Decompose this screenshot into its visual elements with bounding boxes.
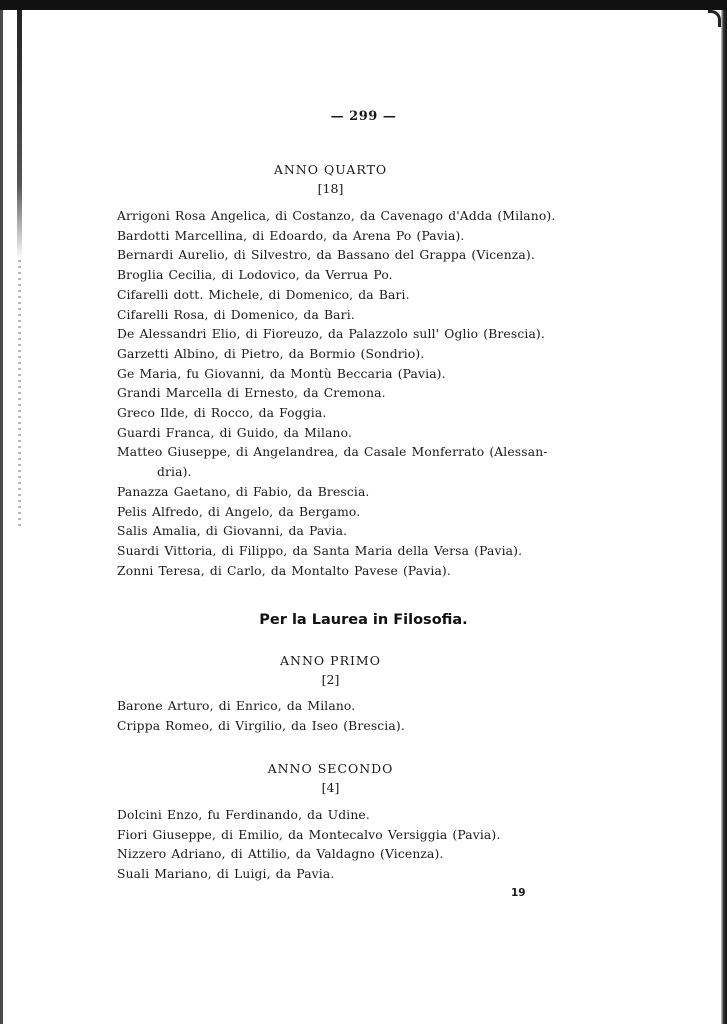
list-item: Pelis Alfredo, di Angelo, da Bergamo. [117, 503, 555, 523]
list-item: Broglia Cecilia, di Lodovico, da Verrua … [117, 266, 555, 286]
section-count-anno-quarto: [18] [0, 181, 661, 196]
list-item: Salis Amalia, di Giovanni, da Pavia. [117, 522, 555, 542]
degree-heading-filosofia: Per la Laurea in Filosofia. [0, 612, 727, 628]
list-item: Panazza Gaetano, di Fabio, da Brescia. [117, 483, 555, 503]
scan-right-edge [721, 10, 727, 1024]
scan-top-border [0, 0, 727, 10]
list-item: Nizzero Adriano, di Attilio, da Valdagno… [117, 845, 500, 865]
entry-text: Matteo Giuseppe, di Angelandrea, da Casa… [117, 445, 548, 459]
student-list-anno-primo: Barone Arturo, di Enrico, da Milano. Cri… [117, 697, 405, 736]
scan-page-corner [708, 10, 721, 27]
list-item: Suardi Vittoria, di Filippo, da Santa Ma… [117, 542, 555, 562]
list-item: Garzetti Albino, di Pietro, da Bormio (S… [117, 345, 555, 365]
list-item: Cifarelli dott. Michele, di Domenico, da… [117, 286, 555, 306]
list-item: Cifarelli Rosa, di Domenico, da Bari. [117, 306, 555, 326]
section-heading-anno-secondo: ANNO SECONDO [0, 761, 661, 776]
list-item: Greco Ilde, di Rocco, da Foggia. [117, 404, 555, 424]
list-item: Matteo Giuseppe, di Angelandrea, da Casa… [117, 443, 555, 482]
list-item: Arrigoni Rosa Angelica, di Costanzo, da … [117, 207, 555, 227]
list-item: Crippa Romeo, di Virgilio, da Iseo (Bres… [117, 717, 405, 737]
student-list-anno-quarto: Arrigoni Rosa Angelica, di Costanzo, da … [117, 207, 555, 581]
list-item: Ge Maria, fu Giovanni, da Montù Beccaria… [117, 365, 555, 385]
list-item: Fiori Giuseppe, di Emilio, da Montecalvo… [117, 826, 500, 846]
scan-binding-speckle [18, 260, 21, 530]
running-page-number: — 299 — [0, 109, 727, 124]
student-list-anno-secondo: Dolcini Enzo, fu Ferdinando, da Udine. F… [117, 806, 500, 885]
list-item: De Alessandri Elio, di Fioreuzo, da Pala… [117, 325, 555, 345]
folio-signature: 19 [511, 887, 526, 899]
list-item: Barone Arturo, di Enrico, da Milano. [117, 697, 405, 717]
section-count-anno-secondo: [4] [0, 780, 661, 795]
section-count-anno-primo: [2] [0, 672, 661, 687]
list-item: Suali Mariano, di Luigi, da Pavia. [117, 865, 500, 885]
list-item: Dolcini Enzo, fu Ferdinando, da Udine. [117, 806, 500, 826]
section-heading-anno-primo: ANNO PRIMO [0, 653, 661, 668]
section-heading-anno-quarto: ANNO QUARTO [0, 162, 661, 177]
list-item: Guardi Franca, di Guido, da Milano. [117, 424, 555, 444]
list-item: Bardotti Marcellina, di Edoardo, da Aren… [117, 227, 555, 247]
scan-binding-shadow [17, 10, 22, 260]
entry-continuation: dria). [117, 463, 555, 483]
list-item: Zonni Teresa, di Carlo, da Montalto Pave… [117, 562, 555, 582]
list-item: Grandi Marcella di Ernesto, da Cremona. [117, 384, 555, 404]
list-item: Bernardi Aurelio, di Silvestro, da Bassa… [117, 246, 555, 266]
